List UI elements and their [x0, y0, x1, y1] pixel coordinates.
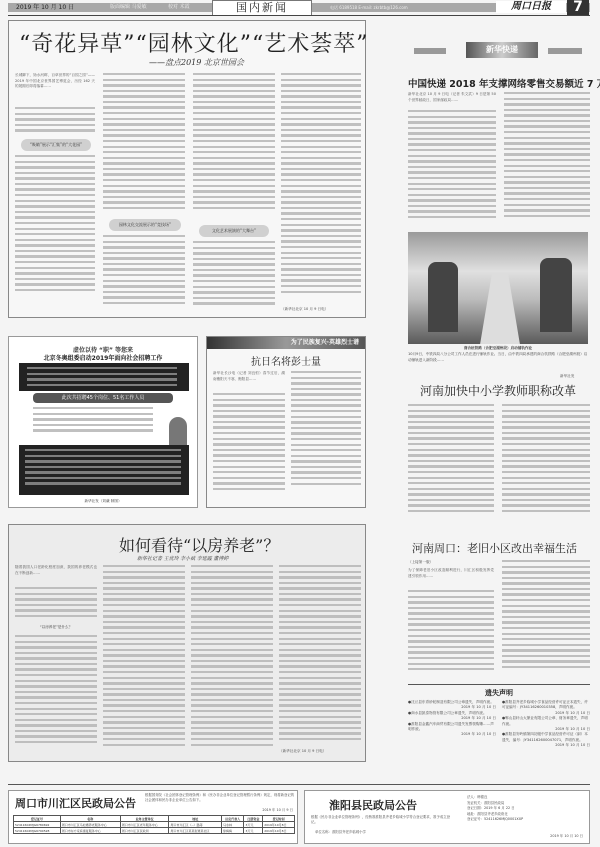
jobs-title-2: 北京冬奥组委启动2019年面向社会招聘工作 [9, 353, 197, 362]
housing-story: 如何看待“以房养老”？ 新华社记者 王优玲 李小斌 李延霞 董博婷 随着我国人口… [8, 524, 366, 762]
lead-sign-off: （新华社北京 10 月 9 日电） [281, 307, 365, 313]
community-body-start: 为了保障老旧小区改造顺利进行，川汇区积极发挥党建引领作用…… [408, 568, 494, 588]
community-title: 河南周口：老旧小区改出幸福生活 [412, 540, 577, 556]
huaiyang-title: 淮阳县民政局公告 [329, 797, 417, 813]
huaiyang-reg-no: 登记证号：52411626MJQ0001XXP [467, 817, 523, 823]
footer-rule [8, 784, 590, 785]
huaiyang-intro: 根据《民办非企业单位管理条例》，经核准淮阳县齐老乡临城小学符合登记要求，准予成立… [311, 815, 451, 825]
text-column [193, 73, 275, 223]
housing-sign-off: （新华社北京 10 月 9 日电） [279, 749, 363, 755]
banner-rule [548, 48, 582, 54]
loss-notices-title: 遗失声明 [408, 688, 590, 698]
table-cell: 周口市川汇区某某街道某社区 [169, 828, 221, 834]
community-lead: （上接第一版） [408, 560, 433, 566]
contact-info: 电话 6189518 E-mail: zkrbtb@126.com [330, 3, 408, 12]
photo-worker [540, 258, 572, 332]
jobs-highlight: 此次共招聘45个岗位、51名工作人员 [33, 393, 173, 403]
issue-date: 2019 年 10 月 10 日 [16, 3, 74, 12]
text-column [103, 235, 185, 313]
huaiyang-details: 法人：韩德良 发证机关：淮阳县民政局 登记日期：2019 年 6 月 22 日 … [467, 795, 523, 823]
text-column [279, 565, 361, 747]
hero-story: 为了民族复兴·英雄烈士谱 抗日名将彭士量 新华社长沙电（记者 刘良恒）春节过后，… [206, 336, 366, 508]
text-column [291, 371, 361, 503]
jobs-info-panel [19, 363, 189, 391]
notice-rule [408, 684, 590, 685]
text-column [33, 407, 153, 441]
text-column [191, 565, 273, 755]
text-column [15, 587, 97, 623]
housing-byline: 新华社记者 王优玲 李小斌 李延霞 董博婷 [137, 555, 228, 562]
huaiyang-notice: 淮阳县民政局公告 根据《民办非企业单位管理条例》，经核准淮阳县齐老乡临城小学符合… [304, 790, 590, 844]
lead-title: “奇花异草”“园林文化”“艺术荟萃” [19, 27, 368, 58]
lead-subtitle: ——盘点2019 北京世园会 [149, 57, 244, 68]
table-cell: 52411602MJG6790528 [14, 828, 61, 834]
table-cell: 周口市东方家庭康复服务中心 [60, 828, 120, 834]
table-cell: 徐梅梅 [221, 828, 244, 834]
text-column [15, 155, 95, 305]
photo-track [477, 274, 523, 344]
chuanhui-date: 2019 年 10 月 9 日 [262, 807, 293, 812]
hero-banner: 为了民族复兴·英雄烈士谱 [207, 337, 365, 349]
loss-notice-item: ●淮阳县齐老乡临城小学食品经营许可证正本遗失，许可证编号：JY341162600… [502, 700, 590, 711]
chuanhui-intro: 根据国务院《社会团体登记管理条例》和《民办非企业单位登记管理暂行条例》规定，现将… [145, 793, 295, 803]
loss-notice-item: ●淮阳县金鑫汽车商贸有限公司遗失发票领购簿……声明作废。 [408, 722, 496, 733]
teacher-title: 河南加快中小学教师职称改革 [420, 382, 576, 399]
photo-worker [428, 262, 458, 332]
express-body-start: 新华社北京 10 月 9 日电（记者 朱文武）9 日是第 50 个世界邮政日，国… [408, 92, 496, 108]
text-column [193, 241, 275, 313]
chuanhui-title: 周口市川汇区民政局公告 [15, 795, 136, 811]
header-rule [8, 15, 590, 16]
loss-notices-col-2: ●淮阳县齐老乡临城小学食品经营许可证正本遗失，许可证编号：JY341162600… [502, 700, 590, 749]
railway-photo [408, 232, 588, 344]
editor-credit: 版面编辑 马爱敏 [110, 3, 147, 12]
jobs-footer: 新华社发（刘谦 制图） [9, 499, 197, 504]
loss-notices-col-1: ●沈丘县东青砂轮制造有限公司公章遗失，声明作废。 2019 年 10 月 10 … [408, 700, 496, 738]
text-column [15, 635, 97, 755]
huaiyang-unit: 单位名称：淮阳县齐老乡临城小学 [315, 829, 366, 834]
photo-caption-title: 商合杭铁路（合肥至湖州段）启动铺轨作业 [408, 346, 588, 352]
text-column [103, 73, 185, 223]
express-banner: 新华快递 [466, 42, 538, 58]
text-column [213, 393, 285, 503]
housing-title: 如何看待“以房养老”？ [119, 533, 279, 556]
photo-credit: 新华社发 [560, 374, 574, 380]
banner-rule [414, 48, 446, 54]
paper-logo: 周口日报 [496, 1, 566, 13]
housing-body-start: 随着我国人口老龄化程度加深，我国的养老模式也在不断创新…… [15, 565, 97, 585]
text-column [408, 590, 494, 678]
page-header: 2019 年 10 月 10 日 版面编辑 马爱敏 校对 术霞 国内新闻 电话 … [0, 0, 600, 14]
text-column [103, 565, 185, 755]
lead-story: “奇花异草”“园林文化”“艺术荟萃” ——盘点2019 北京世园会 长城脚下，妫… [8, 20, 366, 318]
text-column [502, 404, 590, 524]
housing-subhead: “以房养老”是什么？ [15, 625, 97, 630]
text-column [281, 73, 361, 305]
page-number: 7 [567, 0, 589, 15]
jobs-apply-panel [19, 445, 189, 495]
text-column [408, 110, 496, 230]
loss-notice-item: ●郸山县轩山大厦业有限公司公章、财务章遗失，声明作废。 [502, 716, 590, 727]
text-column [502, 560, 590, 678]
jobs-infographic: 虚位以待 “职” 等您来 北京冬奥组委启动2019年面向社会招聘工作 此次共招聘… [8, 336, 198, 508]
text-column [15, 107, 95, 137]
table-cell: 2019年10月8日 [263, 828, 295, 834]
chuanhui-table: 登记证号 名称 业务主管单位 地址 法定代表人 注册资金 登记时间 524116… [13, 815, 295, 834]
subhead-2: 园林文化交流展示的“竞技场” [109, 219, 181, 231]
lead-body-start: 长城脚下，妫水河畔，百草世界的“百园之园”——2019 年中国北京世界园艺博览会… [15, 73, 95, 105]
table-row: 52411602MJG6790528 周口市东方家庭康复服务中心 周口市川汇区民… [14, 828, 295, 834]
subhead-1: “吸睛”展示“汇集”的“大花园” [21, 139, 91, 151]
section-title: 国内新闻 [212, 0, 312, 16]
subhead-3: 文化艺术展演的“大舞台” [199, 225, 269, 237]
proofreader-credit: 校对 术霞 [168, 3, 190, 12]
huaiyang-date: 2019 年 10 月 10 日 [550, 833, 583, 838]
hero-title: 抗日名将彭士量 [251, 353, 321, 368]
text-column [504, 92, 590, 228]
loss-notice-date: 2019 年 10 月 10 日 [408, 732, 496, 737]
chuanhui-notice: 周口市川汇区民政局公告 根据国务院《社会团体登记管理条例》和《民办非企业单位登记… [8, 790, 298, 844]
text-column [408, 404, 494, 524]
character-illustration-icon [169, 417, 187, 447]
hero-body-start: 新华社长沙电（记者 刘良恒）春节过后，湖南衡阳天不寒，衡阳县…… [213, 371, 285, 391]
loss-notice-date: 2019 年 10 月 10 日 [502, 743, 590, 748]
photo-caption: 10月9日，中铁四局八分公司工作人员在进行铺轨作业。当日，由中铁四局承建的商合杭… [408, 352, 588, 374]
table-cell: 周口市川汇区民政局 [120, 828, 169, 834]
loss-notice-item: ●淮阳县安岭镇第四初级中学食品经营许可证（副）本遗失，编号：JY34116260… [502, 732, 590, 743]
express-title: 中国快递 2018 年支撑网络零售交易额近 7 万亿元 [408, 76, 600, 90]
table-cell: 3万元 [244, 828, 263, 834]
